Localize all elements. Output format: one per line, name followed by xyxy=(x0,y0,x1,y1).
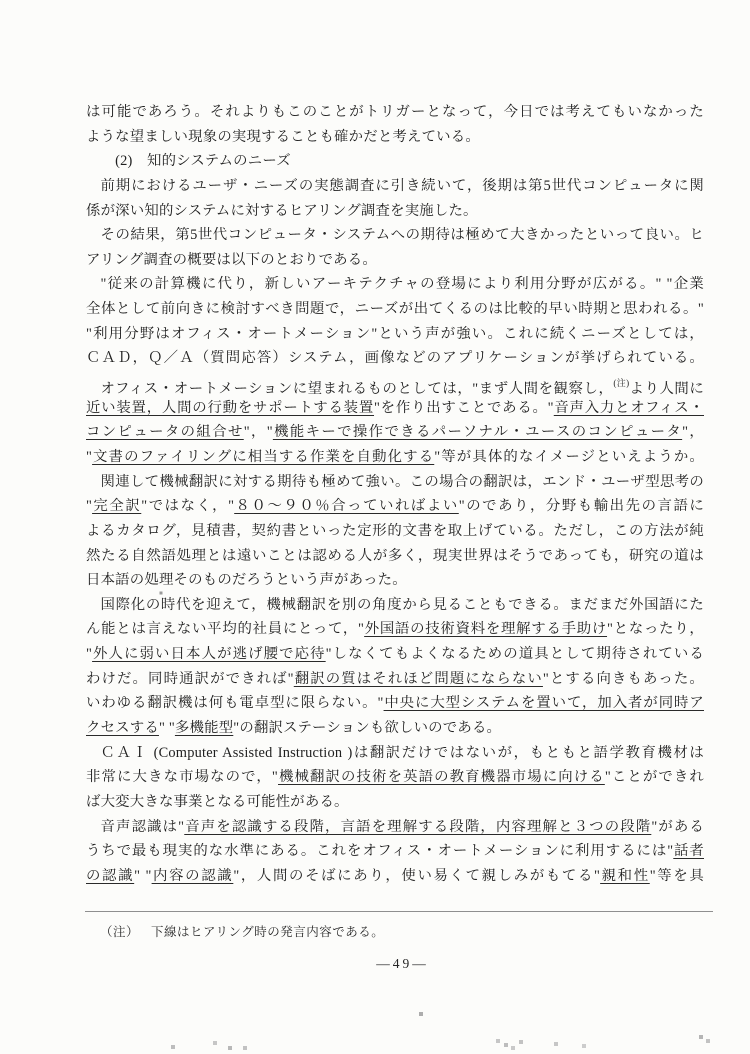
text-line: 日本語の処理そのものだろうという声があった。 xyxy=(86,568,704,593)
text-segment: "とする向きもあった。 xyxy=(543,671,704,687)
text-segment: "，" xyxy=(244,424,273,440)
text-segment: "のであり，分野も輸出先の言語に xyxy=(459,498,704,514)
text-line: オフィス・オートメーションに望まれるものとしては，"まず人間を観察し，(注)より… xyxy=(86,371,704,396)
text-line: "外人に弱い日本人が逃げ腰で応待"しなくてもよくなるための道具として期待されてい… xyxy=(86,642,704,667)
text-segment: 関連して機械翻訳に対する期待も極めて強い。この場合の翻訳は，エンド・ユーザ型思考… xyxy=(101,474,705,490)
underlined-phrase: コンピュータの組合せ xyxy=(86,424,244,440)
text-line: 非常に大きな市場なので，"機械翻訳の技術を英語の教育機器市場に向ける"ことができ… xyxy=(86,765,704,790)
text-line: (2) 知的システムのニーズ xyxy=(86,149,704,174)
underlined-phrase: 音声入力とオフィス・ xyxy=(554,400,704,416)
text-line: いわゆる翻訳機は何も電卓型に限らない。"中央に大型システムを置いて，加入者が同時… xyxy=(86,691,704,716)
text-line: ような望ましい現象の実現することも確かだと考えている。 xyxy=(86,125,704,150)
page-number: —49— xyxy=(95,956,710,972)
text-segment: ＣＡＤ，Ｑ／Ａ（質問応答）システム，画像などのアプリケーションが挙げられている。 xyxy=(86,350,704,366)
footnote-divider xyxy=(85,911,713,912)
underlined-phrase: 内容の認識 xyxy=(152,868,234,884)
text-segment: その結果，第5世代コンピュータ・システムへの期待は極めて大きかったといって良い。… xyxy=(101,227,705,243)
text-line: 係が深い知的システムに対するヒアリング調査を実施した。 xyxy=(86,199,704,224)
underlined-phrase: 外人に弱い日本人が逃げ腰で応待 xyxy=(92,646,326,662)
text-line: わけだ。同時通訳ができれば"翻訳の質はそれほど問題にならない"とする向きもあった… xyxy=(86,667,704,692)
text-line: "利用分野はオフィス・オートメーション"という声が強い。これに続くニーズとしては… xyxy=(86,322,704,347)
text-segment: "の翻訳ステーションも欲しいのである。 xyxy=(233,720,501,736)
text-line: ば大変大きな事業となる可能性がある。 xyxy=(86,790,704,815)
text-line: クセスする" "多機能型"の翻訳ステーションも欲しいのである。 xyxy=(86,716,704,741)
underlined-phrase: ８０～９０％合っていればよい xyxy=(234,498,459,514)
footnote: （注）下線はヒアリング時の発言内容である。 xyxy=(100,922,384,940)
underlined-phrase: より人間に xyxy=(629,381,704,396)
footnote-label: （注） xyxy=(100,925,139,939)
text-line: 全体として前向きに検討すべき問題で，ニーズが出てくるのは比較的早い時期と思われる… xyxy=(86,297,704,322)
text-line: アリング調査の概要は以下のとおりである。 xyxy=(86,248,704,273)
text-segment: "しなくてもよくなるための道具として期待されている xyxy=(326,646,704,662)
document-body: は可能であろう。それよりもこのことがトリガーとなって，今日では考えてもいなかった… xyxy=(86,100,704,889)
text-segment: " " xyxy=(134,868,151,884)
underlined-phrase: 機械翻訳の技術を英語の教育機器市場に向ける xyxy=(278,769,605,785)
text-line: その結果，第5世代コンピュータ・システムへの期待は極めて大きかったといって良い。… xyxy=(86,223,704,248)
underlined-phrase: 多機能型 xyxy=(175,720,233,736)
text-line: "完全訳"ではなく，"８０～９０％合っていればよい"のであり，分野も輸出先の言語… xyxy=(86,494,704,519)
text-segment: "ではなく，" xyxy=(141,498,234,514)
underlined-phrase: 中央に大型システムを置いて，加入者が同時ア xyxy=(384,695,704,711)
text-segment: オフィス・オートメーションに望まれるものとしては，" xyxy=(101,381,479,396)
text-line: よるカタログ，見積書，契約書といった定形的文書を取上げている。ただし，この方法が… xyxy=(86,519,704,544)
text-line: 然たる自然語処理とは遠いことは認める人が多く，現実世界はそうであっても，研究の道… xyxy=(86,544,704,569)
text-line: ＣＡＩ (Computer Assisted Instruction )は翻訳だ… xyxy=(86,741,704,766)
text-segment: 日本語の処理そのものだろうという声があった。 xyxy=(86,572,407,588)
text-segment: は可能であろう。それよりもこのことがトリガーとなって，今日では考えてもいなかった xyxy=(86,104,704,120)
text-line: ん能とは言えない平均的社員にとって，"外国語の技術資料を理解する手助け"となった… xyxy=(86,617,704,642)
text-line: 国際化の時代を迎えて，機械翻訳を別の角度から見ることもできる。まだまだ外国語にた xyxy=(86,593,704,618)
text-segment: (2) 知的システムのニーズ xyxy=(101,153,291,169)
footnote-ref-marker: (注) xyxy=(613,378,629,388)
text-line: ＣＡＤ，Ｑ／Ａ（質問応答）システム，画像などのアプリケーションが挙げられている。 xyxy=(86,346,704,371)
underlined-phrase: 翻訳の質はそれほど問題にならない xyxy=(294,671,543,687)
text-segment: "従来の計算機に代り，新しいアーキテクチャの登場により利用分野が広がる。" "企… xyxy=(101,276,705,292)
text-segment: ＣＡＩ (Computer Assisted Instruction )は翻訳だ… xyxy=(101,745,705,761)
underlined-phrase: 話者 xyxy=(673,843,704,859)
text-line: の認識" "内容の認識"，人間のそばにあり，使い易くて親しみがもてる"親和性"等… xyxy=(86,864,704,889)
text-line: は可能であろう。それよりもこのことがトリガーとなって，今日では考えてもいなかった xyxy=(86,100,704,125)
underlined-phrase: 近い装置，人間の行動をサポートする装置 xyxy=(86,400,374,416)
text-segment: よるカタログ，見積書，契約書といった定形的文書を取上げている。ただし，この方法が… xyxy=(86,523,704,539)
text-segment: "， xyxy=(682,424,704,440)
text-segment: "等が具体的なイメージといえようか。 xyxy=(434,449,704,465)
underlined-phrase: 完全訳 xyxy=(92,498,141,514)
text-segment: "利用分野はオフィス・オートメーション"という声が強い。これに続くニーズとしては… xyxy=(86,326,704,342)
text-segment: 前期におけるユーザ・ニーズの実態調査に引き続いて，後期は第5世代コンピュータに関 xyxy=(101,178,705,194)
text-line: "従来の計算機に代り，新しいアーキテクチャの登場により利用分野が広がる。" "企… xyxy=(86,272,704,297)
text-line: 音声認識は"音声を認識する段階，言語を理解する段階，内容理解と３つの段階"がある xyxy=(86,815,704,840)
underlined-phrase: 親和性 xyxy=(600,868,650,884)
text-segment: "を作り出すことである。" xyxy=(374,400,554,416)
text-line: 関連して機械翻訳に対する期待も極めて強い。この場合の翻訳は，エンド・ユーザ型思考… xyxy=(86,470,704,495)
underlined-phrase: まず人間を観察し， xyxy=(478,381,613,396)
text-segment: 国際化の時代を迎えて，機械翻訳を別の角度から見ることもできる。まだまだ外国語にた xyxy=(101,597,705,613)
text-segment: 全体として前向きに検討すべき問題で，ニーズが出てくるのは比較的早い時期と思われる… xyxy=(86,301,704,317)
underlined-phrase: 音声を認識する段階，言語を理解する段階，内容理解と３つの段階 xyxy=(184,819,651,835)
text-segment: ような望ましい現象の実現することも確かだと考えている。 xyxy=(86,129,480,145)
text-segment: いわゆる翻訳機は何も電卓型に限らない。" xyxy=(86,695,384,711)
footnote-text: 下線はヒアリング時の発言内容である。 xyxy=(151,925,384,939)
underlined-phrase: の認識 xyxy=(86,868,134,884)
text-line: 前期におけるユーザ・ニーズの実態調査に引き続いて，後期は第5世代コンピュータに関 xyxy=(86,174,704,199)
text-segment: 係が深い知的システムに対するヒアリング調査を実施した。 xyxy=(86,203,478,219)
underlined-phrase: 機能キーで操作できるパーソナル・ユースのコンピュータ xyxy=(273,424,682,440)
text-segment: 音声認識は" xyxy=(101,819,185,835)
underlined-phrase: 外国語の技術資料を理解する手助け xyxy=(364,621,607,637)
underlined-phrase: クセスする xyxy=(86,720,159,736)
text-segment: 非常に大きな市場なので，" xyxy=(86,769,278,785)
text-line: "文書のファイリングに相当する作業を自動化する"等が具体的なイメージといえようか… xyxy=(86,445,704,470)
text-line: うちで最も現実的な水準にある。これをオフィス・オートメーションに利用するには"話… xyxy=(86,839,704,864)
text-segment: 然たる自然語処理とは遠いことは認める人が多く，現実世界はそうであっても，研究の道… xyxy=(86,548,704,564)
text-segment: ば大変大きな事業となる可能性がある。 xyxy=(86,794,349,810)
text-segment: "，人間のそばにあり，使い易くて親しみがもてる" xyxy=(233,868,600,884)
text-segment: " " xyxy=(159,720,175,736)
text-segment: "等を具 xyxy=(650,868,704,884)
scan-noise xyxy=(0,0,2,2)
text-line: 近い装置，人間の行動をサポートする装置"を作り出すことである。"音声入力とオフィ… xyxy=(86,396,704,421)
underlined-phrase: 文書のファイリングに相当する作業を自動化する xyxy=(92,449,434,465)
text-segment: ん能とは言えない平均的社員にとって，" xyxy=(86,621,364,637)
text-segment: アリング調査の概要は以下のとおりである。 xyxy=(86,252,377,268)
text-segment: うちで最も現実的な水準にある。これをオフィス・オートメーションに利用するには" xyxy=(86,843,673,859)
text-segment: "ことができれ xyxy=(605,769,704,785)
text-line: コンピュータの組合せ"，"機能キーで操作できるパーソナル・ユースのコンピュータ"… xyxy=(86,420,704,445)
text-segment: わけだ。同時通訳ができれば" xyxy=(86,671,294,687)
text-segment: "となったり， xyxy=(607,621,704,637)
text-segment: "がある xyxy=(651,819,704,835)
scanned-document-page: は可能であろう。それよりもこのことがトリガーとなって，今日では考えてもいなかった… xyxy=(0,0,750,1054)
